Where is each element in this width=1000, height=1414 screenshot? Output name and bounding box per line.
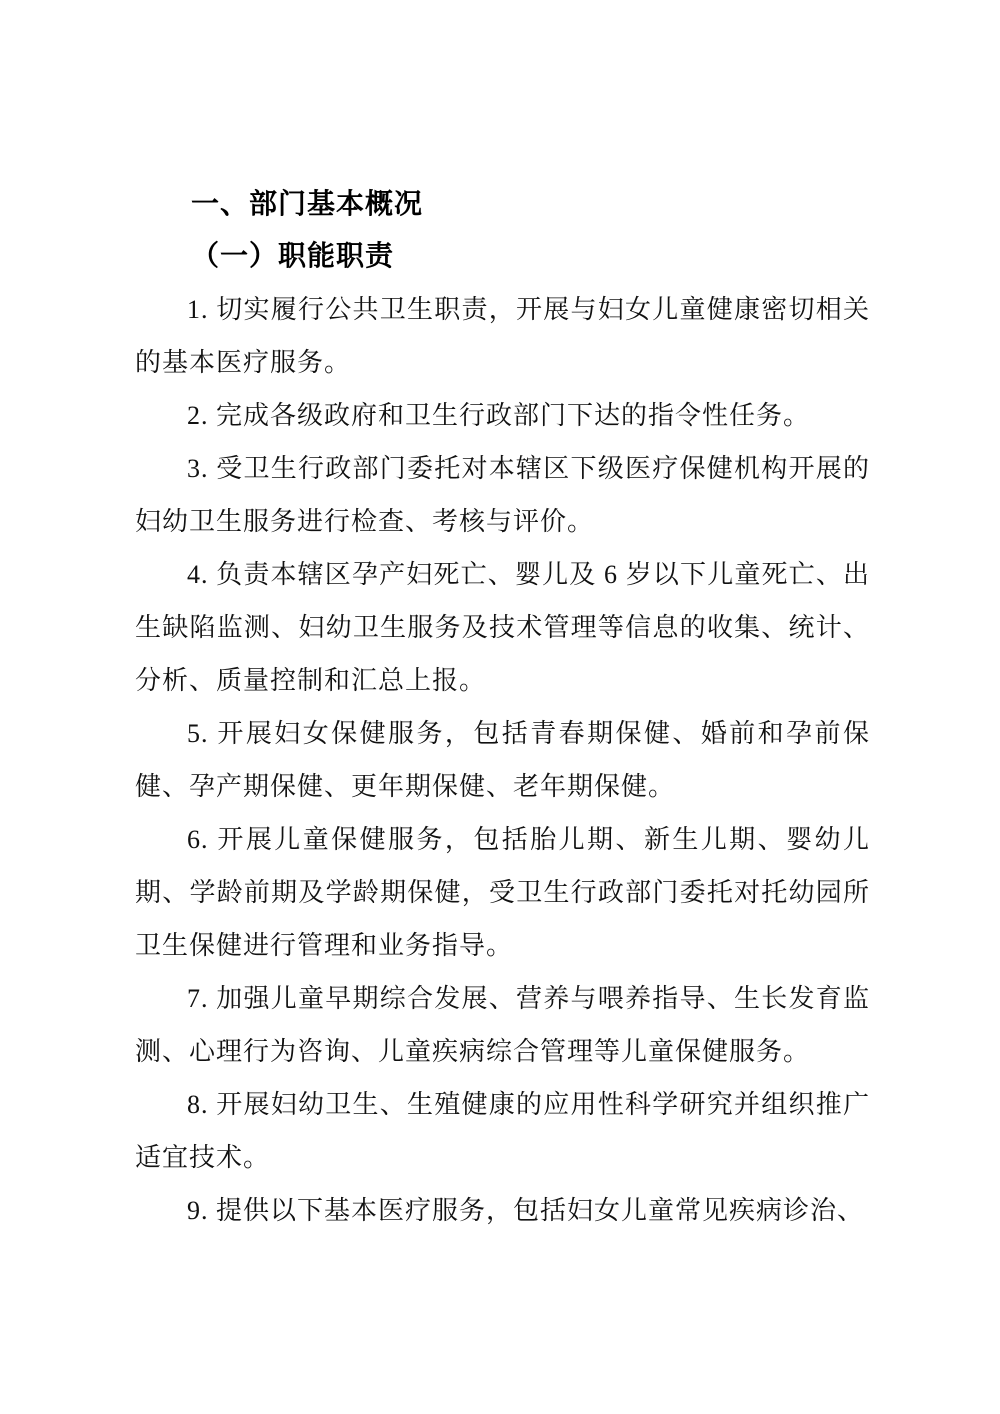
paragraph-7: 7. 加强儿童早期综合发展、营养与喂养指导、生长发育监测、心理行为咨询、儿童疾病…: [135, 972, 870, 1078]
document-page: 一、部门基本概况 （一）职能职责 1. 切实履行公共卫生职责，开展与妇女儿童健康…: [0, 0, 1000, 1414]
paragraph-5: 5. 开展妇女保健服务，包括青春期保健、婚前和孕前保健、孕产期保健、更年期保健、…: [135, 707, 870, 813]
paragraph-2: 2. 完成各级政府和卫生行政部门下达的指令性任务。: [135, 389, 870, 442]
paragraph-1: 1. 切实履行公共卫生职责，开展与妇女儿童健康密切相关的基本医疗服务。: [135, 283, 870, 389]
paragraph-6: 6. 开展儿童保健服务，包括胎儿期、新生儿期、婴幼儿期、学龄前期及学龄期保健，受…: [135, 813, 870, 972]
paragraph-9: 9. 提供以下基本医疗服务，包括妇女儿童常见疾病诊治、: [135, 1184, 870, 1237]
section-heading: 一、部门基本概况: [135, 177, 870, 230]
subsection-heading: （一）职能职责: [135, 230, 870, 283]
paragraph-8: 8. 开展妇幼卫生、生殖健康的应用性科学研究并组织推广适宜技术。: [135, 1078, 870, 1184]
paragraph-3: 3. 受卫生行政部门委托对本辖区下级医疗保健机构开展的妇幼卫生服务进行检查、考核…: [135, 442, 870, 548]
document-content: 一、部门基本概况 （一）职能职责 1. 切实履行公共卫生职责，开展与妇女儿童健康…: [135, 177, 870, 1237]
paragraph-4: 4. 负责本辖区孕产妇死亡、婴儿及 6 岁以下儿童死亡、出生缺陷监测、妇幼卫生服…: [135, 548, 870, 707]
